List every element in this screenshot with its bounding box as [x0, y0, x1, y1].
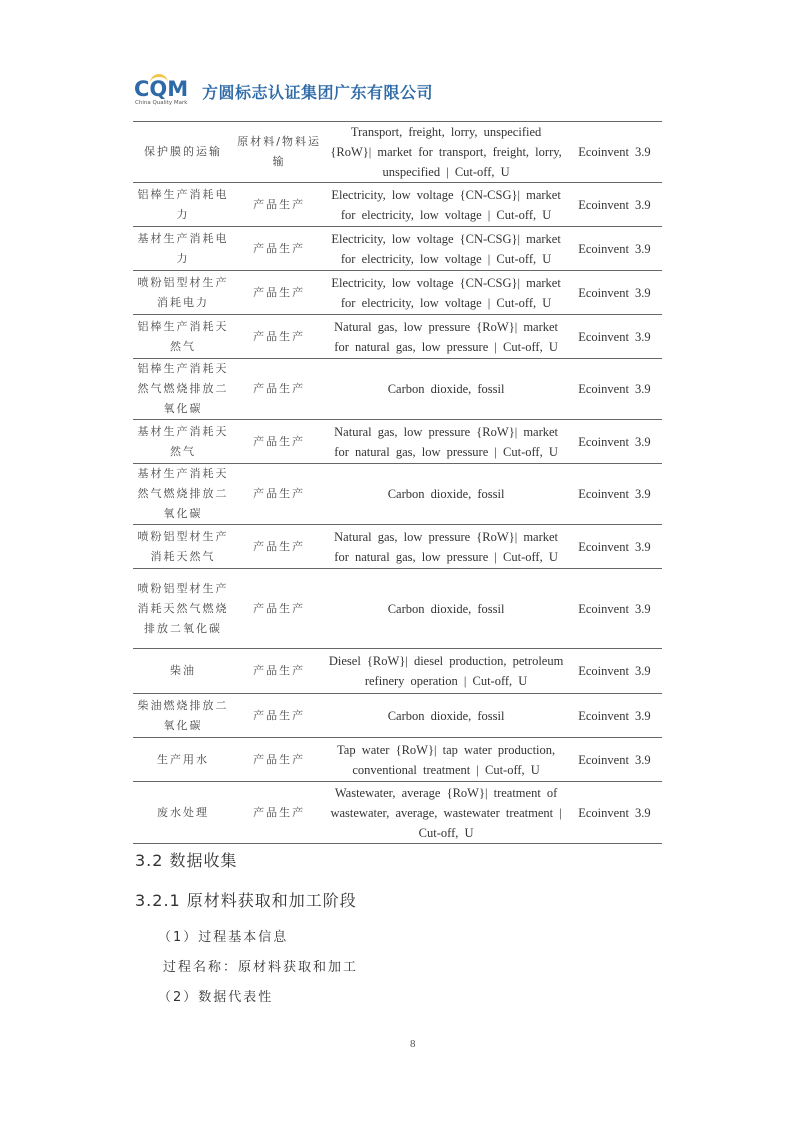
- table-row: 基材生产消耗电力 产品生产 Electricity, low voltage {…: [133, 227, 662, 271]
- cell-dataset: Natural gas, low pressure {RoW}| market …: [325, 420, 567, 464]
- cell-stage: 产品生产: [233, 271, 325, 315]
- logo-subtitle: China Quality Mark: [135, 100, 187, 106]
- cell-item: 基材生产消耗天然气燃烧排放二氧化碳: [133, 464, 233, 525]
- cell-stage: 产品生产: [233, 315, 325, 359]
- paragraph-process-name: 过程名称：原材料获取和加工: [163, 956, 358, 975]
- cell-item: 柴油燃烧排放二氧化碳: [133, 694, 233, 738]
- cell-source: Ecoinvent 3.9: [567, 525, 662, 569]
- cell-dataset: Carbon dioxide, fossil: [325, 569, 567, 649]
- cell-dataset: Tap water {RoW}| tap water production, c…: [325, 738, 567, 782]
- table-row: 柴油燃烧排放二氧化碳 产品生产 Carbon dioxide, fossil E…: [133, 694, 662, 738]
- cell-item: 铝棒生产消耗天然气: [133, 315, 233, 359]
- table-row: 铝棒生产消耗天然气 产品生产 Natural gas, low pressure…: [133, 315, 662, 359]
- cell-dataset: Natural gas, low pressure {RoW}| market …: [325, 315, 567, 359]
- cell-stage: 产品生产: [233, 359, 325, 420]
- cell-dataset: Carbon dioxide, fossil: [325, 359, 567, 420]
- cell-dataset: Natural gas, low pressure {RoW}| market …: [325, 525, 567, 569]
- cell-item: 生产用水: [133, 738, 233, 782]
- cell-stage: 产品生产: [233, 227, 325, 271]
- table-row: 铝棒生产消耗电力 产品生产 Electricity, low voltage {…: [133, 183, 662, 227]
- table-row: 生产用水 产品生产 Tap water {RoW}| tap water pro…: [133, 738, 662, 782]
- table-row: 铝棒生产消耗天然气燃烧排放二氧化碳 产品生产 Carbon dioxide, f…: [133, 359, 662, 420]
- cell-item: 保护膜的运输: [133, 122, 233, 183]
- cell-stage: 产品生产: [233, 569, 325, 649]
- cell-source: Ecoinvent 3.9: [567, 464, 662, 525]
- table-row: 喷粉铝型材生产消耗天然气 产品生产 Natural gas, low press…: [133, 525, 662, 569]
- cell-item: 基材生产消耗电力: [133, 227, 233, 271]
- cell-item: 基材生产消耗天然气: [133, 420, 233, 464]
- cell-dataset: Electricity, low voltage {CN-CSG}| marke…: [325, 183, 567, 227]
- paragraph-process-info: （1）过程基本信息: [158, 926, 288, 945]
- table-row: 基材生产消耗天然气燃烧排放二氧化碳 产品生产 Carbon dioxide, f…: [133, 464, 662, 525]
- cell-stage: 产品生产: [233, 782, 325, 844]
- cell-stage: 产品生产: [233, 183, 325, 227]
- cell-dataset: Electricity, low voltage {CN-CSG}| marke…: [325, 271, 567, 315]
- cell-source: Ecoinvent 3.9: [567, 359, 662, 420]
- cell-source: Ecoinvent 3.9: [567, 694, 662, 738]
- table-row: 废水处理 产品生产 Wastewater, average {RoW}| tre…: [133, 782, 662, 844]
- cell-stage: 产品生产: [233, 694, 325, 738]
- cell-dataset: Carbon dioxide, fossil: [325, 694, 567, 738]
- cell-item: 喷粉铝型材生产消耗电力: [133, 271, 233, 315]
- cell-stage: 产品生产: [233, 738, 325, 782]
- table-row: 喷粉铝型材生产消耗电力 产品生产 Electricity, low voltag…: [133, 271, 662, 315]
- cell-item: 喷粉铝型材生产消耗天然气: [133, 525, 233, 569]
- cell-source: Ecoinvent 3.9: [567, 420, 662, 464]
- cell-dataset: Electricity, low voltage {CN-CSG}| marke…: [325, 227, 567, 271]
- dataset-table: 保护膜的运输 原材料/物料运输 Transport, freight, lorr…: [133, 121, 662, 844]
- cell-item: 废水处理: [133, 782, 233, 844]
- logo-text: CQM: [134, 77, 188, 101]
- section-heading-3-2: 3.2 数据收集: [135, 848, 238, 871]
- cell-dataset: Carbon dioxide, fossil: [325, 464, 567, 525]
- cell-item: 喷粉铝型材生产消耗天然气燃烧排放二氧化碳: [133, 569, 233, 649]
- cell-source: Ecoinvent 3.9: [567, 227, 662, 271]
- table-row: 柴油 产品生产 Diesel {RoW}| diesel production,…: [133, 649, 662, 694]
- cell-dataset: Transport, freight, lorry, unspecified {…: [325, 122, 567, 183]
- cell-source: Ecoinvent 3.9: [567, 122, 662, 183]
- cell-source: Ecoinvent 3.9: [567, 271, 662, 315]
- table-row: 喷粉铝型材生产消耗天然气燃烧排放二氧化碳 产品生产 Carbon dioxide…: [133, 569, 662, 649]
- cell-item: 铝棒生产消耗天然气燃烧排放二氧化碳: [133, 359, 233, 420]
- paragraph-data-representativeness: （2）数据代表性: [158, 986, 273, 1005]
- cell-dataset: Diesel {RoW}| diesel production, petrole…: [325, 649, 567, 694]
- cell-stage: 产品生产: [233, 525, 325, 569]
- cell-source: Ecoinvent 3.9: [567, 569, 662, 649]
- cell-stage: 原材料/物料运输: [233, 122, 325, 183]
- cell-source: Ecoinvent 3.9: [567, 315, 662, 359]
- cell-stage: 产品生产: [233, 420, 325, 464]
- cell-stage: 产品生产: [233, 649, 325, 694]
- cell-source: Ecoinvent 3.9: [567, 738, 662, 782]
- company-name: 方圆标志认证集团广东有限公司: [202, 80, 433, 103]
- cell-source: Ecoinvent 3.9: [567, 649, 662, 694]
- cell-item: 铝棒生产消耗电力: [133, 183, 233, 227]
- cell-source: Ecoinvent 3.9: [567, 183, 662, 227]
- cell-stage: 产品生产: [233, 464, 325, 525]
- cell-dataset: Wastewater, average {RoW}| treatment of …: [325, 782, 567, 844]
- table-row: 基材生产消耗天然气 产品生产 Natural gas, low pressure…: [133, 420, 662, 464]
- cqm-logo: CQM China Quality Mark: [134, 74, 200, 108]
- table-row: 保护膜的运输 原材料/物料运输 Transport, freight, lorr…: [133, 122, 662, 183]
- page-number: 8: [410, 1038, 416, 1050]
- cell-item: 柴油: [133, 649, 233, 694]
- cell-source: Ecoinvent 3.9: [567, 782, 662, 844]
- document-header: CQM China Quality Mark 方圆标志认证集团广东有限公司: [134, 74, 433, 108]
- section-heading-3-2-1: 3.2.1 原材料获取和加工阶段: [135, 888, 357, 911]
